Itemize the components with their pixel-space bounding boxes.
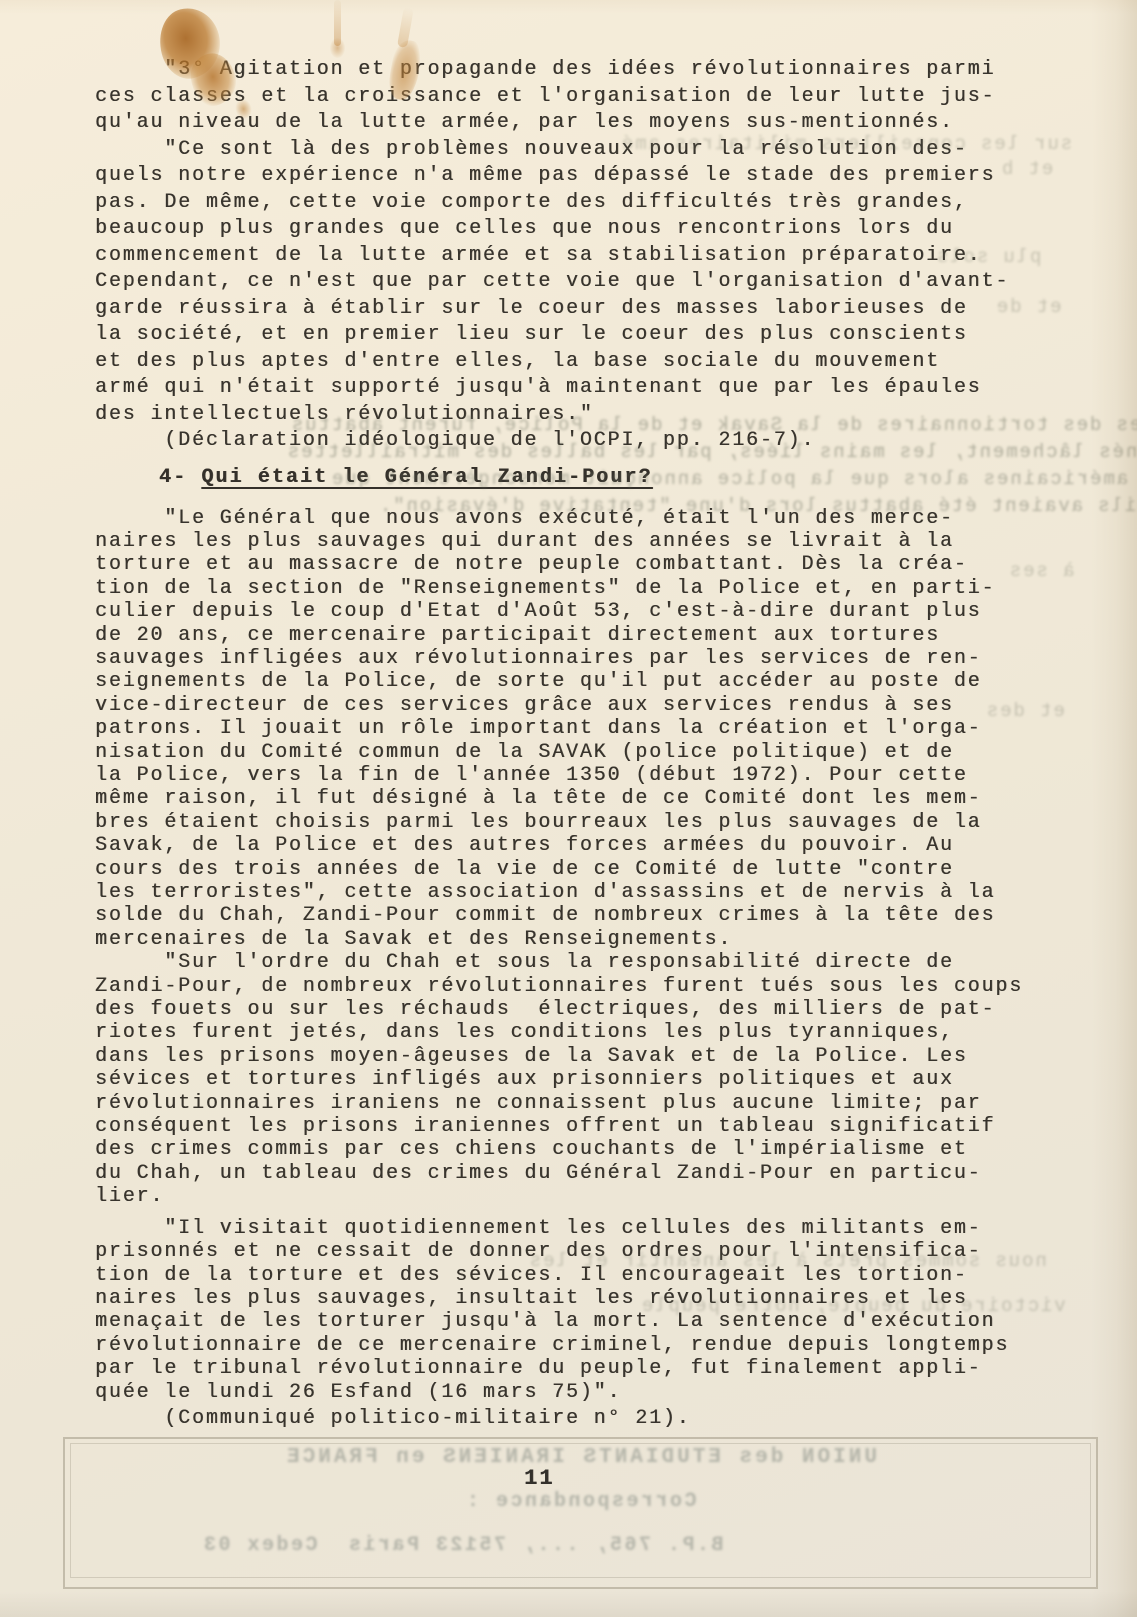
paragraph: "Ce sont là des problèmes nouveaux pour … [95, 137, 1105, 429]
text-line: révolutionnaire de ce mercenaire crimine… [95, 1334, 1105, 1357]
bleedthrough-line: B.P. 765, ..., 75123 Paris Cedex 03 [0, 1534, 978, 1557]
text-line: bres étaient choisis parmi les bourreaux… [95, 811, 1105, 834]
text-line: de 20 ans, ce mercenaire participait dir… [95, 624, 1105, 647]
text-line: du Chah, un tableau des crimes du Généra… [95, 1162, 1105, 1185]
text-line: la Police, vers la fin de l'année 1350 (… [95, 764, 1105, 787]
text-line: conséquent les prisons iraniennes offren… [95, 1115, 1105, 1138]
text-line: vice-directeur de ces services grâce aux… [95, 694, 1105, 717]
text-line: ils avaient été abattus lors d'une "tent… [378, 495, 1136, 517]
text-line: quée le lundi 26 Esfand (16 mars 75)". [95, 1381, 1105, 1404]
text-line: et des plus aptes d'entre elles, la base… [95, 349, 1105, 376]
page-edge-shadow-top [0, 0, 1137, 14]
text-line: et des [985, 700, 1065, 722]
text-line: sur les conseillers militaires amé [620, 133, 1072, 155]
text-line: plu sols [935, 246, 1041, 268]
text-line: des fouets ou sur les réchauds électriqu… [95, 998, 1105, 1021]
paragraph: "Le Général que nous avons exécuté, étai… [95, 507, 1105, 952]
text-line: révolutionnaires iraniens ne connaissent… [95, 1092, 1105, 1115]
text-line: américaines alors que la police annonçai… [330, 468, 1128, 490]
text-line: "Sur l'ordre du Chah et sous la responsa… [95, 951, 1105, 974]
text-line: la société, et en premier lieu sur le co… [95, 322, 1105, 349]
text-line: torture et au massacre de notre peuple c… [95, 553, 1105, 576]
text-line: armé qui n'était supporté jusqu'à mainte… [95, 375, 1105, 402]
bleedthrough-line: UNION des ETUDIANTS IRANIENS en FRANCE [65, 1446, 1096, 1469]
text-line: bres des tortionnaires de la Savak et de… [290, 414, 1137, 436]
text-line: solde du Chah, Zandi-Pour commit de nomb… [95, 904, 1105, 927]
text-line: les terroristes", cette association d'as… [95, 881, 1105, 904]
page-number: 11 [524, 1466, 554, 1491]
text-line: sévices et tortures infligés aux prisonn… [95, 1068, 1105, 1091]
text-line: nés lâchement, les mains liées, par les … [286, 441, 1137, 463]
text-line: (Communiqué politico-militaire n° 21). [95, 1407, 1105, 1430]
text-line: Cependant, ce n'est que par cette voie q… [95, 269, 1105, 296]
text-line: culier depuis le coup d'Etat d'Août 53, … [95, 600, 1105, 623]
heading-number: 4- [159, 466, 201, 489]
citation: (Communiqué politico-militaire n° 21). [95, 1407, 1105, 1430]
text-line: cours des trois années de la vie de ce C… [95, 858, 1105, 881]
paragraph: "3° Agitation et propagande des idées ré… [95, 57, 1105, 137]
text-line: et b [1000, 158, 1053, 180]
text-line: quels notre expérience n'a même pas dépa… [95, 163, 1105, 190]
text-line: "Il visitait quotidiennement les cellule… [95, 1217, 1105, 1240]
text-line: même raison, il fut désigné à la tête de… [95, 787, 1105, 810]
text-line: victoire du peuple, notre peuple [640, 1295, 1066, 1317]
text-line: mercenaires de la Savak et des Renseigne… [95, 928, 1105, 951]
text-line: sauvages infligées aux révolutionnaires … [95, 647, 1105, 670]
text-line: nisation du Comité commun de la SAVAK (p… [95, 741, 1105, 764]
page-edge-shadow-bottom [0, 1591, 1137, 1617]
text-line: nous sommes prêts à les anéantir et les [528, 1250, 1047, 1272]
text-line: lier. [95, 1185, 1105, 1208]
text-line: patrons. Il jouait un rôle important dan… [95, 717, 1105, 740]
text-line: à ses [1008, 560, 1075, 582]
text-line: dans les prisons moyen-âgeuses de la Sav… [95, 1045, 1105, 1068]
text-line: beaucoup plus grandes que celles que nou… [95, 216, 1105, 243]
text-line: tion de la section de "Renseignements" d… [95, 577, 1105, 600]
text-line: pas. De même, cette voie comporte des di… [95, 190, 1105, 217]
text-line: et de [995, 296, 1062, 318]
text-line: naires les plus sauvages qui durant des … [95, 530, 1105, 553]
text-line: garde réussira à établir sur le coeur de… [95, 296, 1105, 323]
text-line: "3° Agitation et propagande des idées ré… [95, 57, 1105, 84]
text-line: seignements de la Police, de sorte qu'il… [95, 670, 1105, 693]
bleedthrough-address-box: UNION des ETUDIANTS IRANIENS en FRANCE C… [63, 1437, 1098, 1589]
communique-section: "Le Général que nous avons exécuté, étai… [95, 507, 1105, 1431]
ink-drip [334, 0, 341, 46]
scanned-document-page: sur les conseillers militaires améet bpl… [0, 0, 1137, 1617]
text-line: des crimes commis par ces chiens couchan… [95, 1138, 1105, 1161]
text-line: Savak, de la Police et des autres forces… [95, 834, 1105, 857]
text-line: par le tribunal révolutionnaire du peupl… [95, 1357, 1105, 1380]
bleedthrough-line: Correspondance : [65, 1490, 1096, 1513]
text-line: Zandi-Pour, de nombreux révolutionnaires… [95, 975, 1105, 998]
paragraph: "Sur l'ordre du Chah et sous la responsa… [95, 951, 1105, 1208]
text-line: riotes furent jetés, dans les conditions… [95, 1021, 1105, 1044]
